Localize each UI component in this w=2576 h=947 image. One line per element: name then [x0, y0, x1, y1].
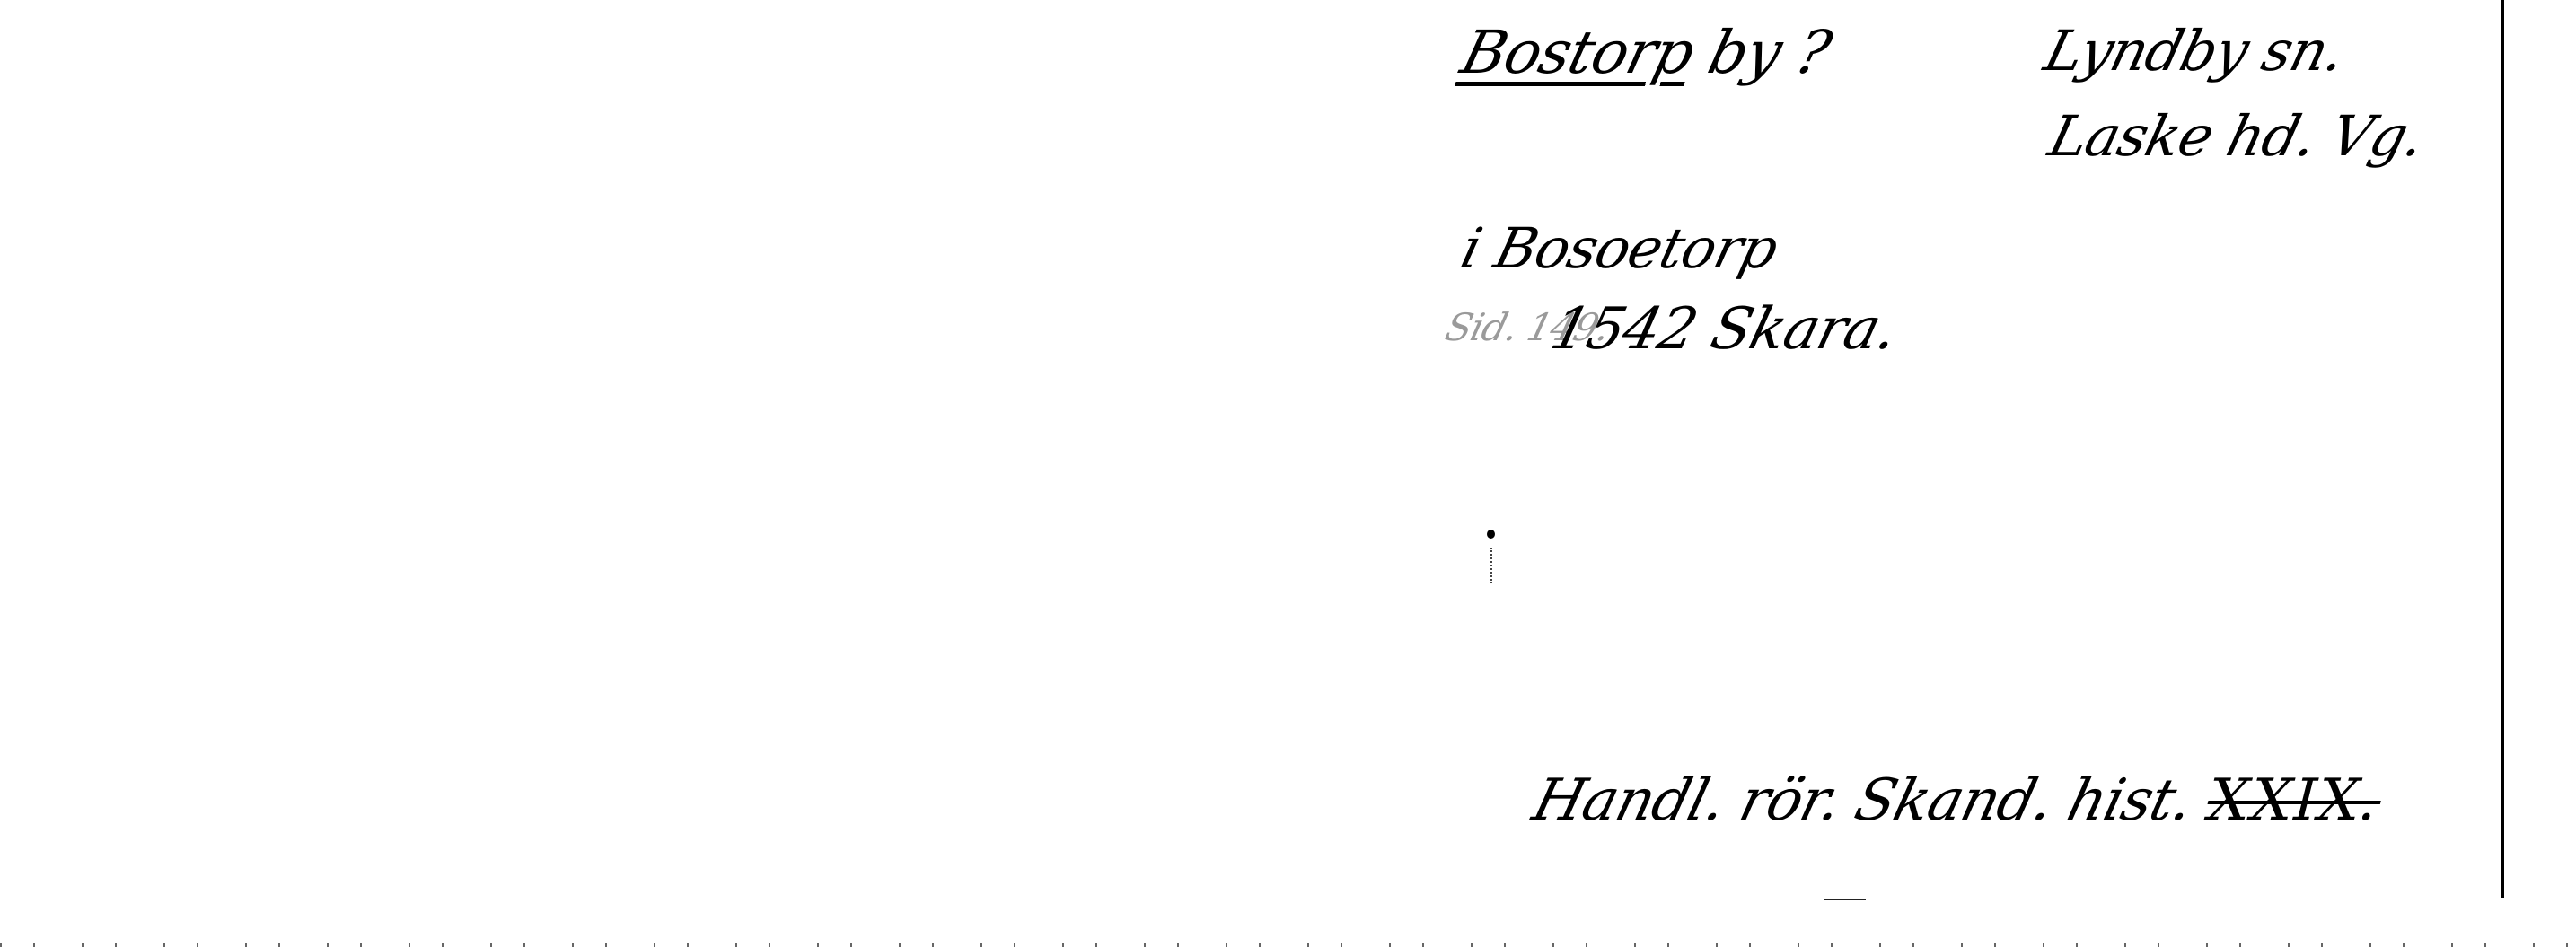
- small-dash-mark: [1824, 899, 1866, 900]
- parish-label: Lyndby sn.: [2038, 18, 2352, 83]
- ink-blot-mark: [1487, 530, 1495, 539]
- source-title: Handl. rör. Skand. hist.: [1526, 767, 2199, 834]
- source-year-line: 1542 Skara.: [1544, 296, 1904, 363]
- ink-speckle-mark: [1490, 548, 1494, 583]
- place-name: Bostorp: [1455, 18, 1701, 87]
- card-title: Bostorp by ?: [1455, 18, 1837, 87]
- place-qualifier: by ?: [1701, 18, 1837, 87]
- bottom-source-reference: Handl. rör. Skand. hist. XXIX.: [1526, 767, 2389, 834]
- volume-number: XXIX.: [2200, 767, 2389, 834]
- scan-bottom-edge-noise: [0, 943, 2576, 947]
- card-right-edge-line: [2501, 0, 2504, 898]
- alternate-name-form: i Bosoetorp: [1455, 215, 1784, 281]
- district-label: Laske hd. Vg.: [2043, 103, 2431, 169]
